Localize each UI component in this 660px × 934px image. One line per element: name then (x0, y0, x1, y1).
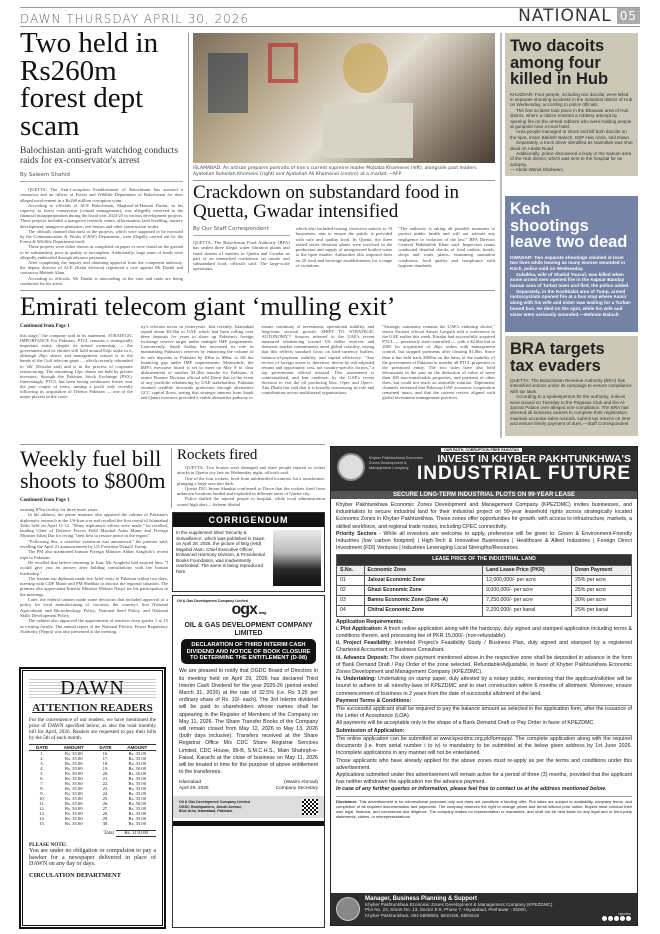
article-body: existing $7bn facility for three more ye… (20, 507, 168, 634)
portrait-photo (273, 530, 321, 586)
headline: Emirati telecom giant ‘mulling exit’ (20, 294, 495, 320)
news-photo (193, 33, 495, 163)
requirement-item: ii. Project Feasibility: Intended Projec… (336, 640, 632, 654)
ogdc-body: We are pleased to notify that OGDC Board… (173, 666, 324, 778)
section-rule (20, 444, 325, 445)
social-icons[interactable]: kpezdmc (602, 912, 631, 921)
dateline: DAWN THURSDAY APRIL 30, 2026 (20, 12, 249, 26)
twitter-icon[interactable] (608, 916, 613, 921)
headline: Weekly fuel bill shoots to $800m (20, 448, 168, 492)
box-divider (500, 33, 502, 438)
notice-note: You are under no obligation or compulsio… (29, 848, 156, 868)
ogdc-footer: Oil & Gas Development Company Limited OG… (173, 796, 324, 818)
continued-label: Continued from Page 1 (20, 498, 168, 503)
photo-caption: ISLAMABAD: An artisan prepares portraits… (193, 166, 495, 177)
photo-portrait (323, 103, 413, 158)
requirement-item: i. Plot Application: A fresh online appl… (336, 626, 632, 640)
dawn-attention-notice: DAWN ATTENTION READERS For the convenien… (20, 668, 165, 928)
byline: By Our Staff Correspondent (193, 226, 290, 236)
requirement-item: iv. Undertaking: Undertaking on stamp pa… (336, 676, 632, 698)
kp-industrial-ad: Khyber Pakhtunkhwa Economic Zones Develo… (330, 446, 638, 926)
lease-row: 04Chitral Economic Zone2,200,000/- per k… (337, 606, 632, 616)
story-telecom: Emirati telecom giant ‘mulling exit’ Con… (20, 294, 495, 400)
photo-frame-red (268, 43, 298, 83)
ogdc-title: OIL & GAS DEVELOPMENT COMPANY LIMITED (173, 622, 324, 637)
corrigendum-title: CORRIGENDUM (173, 513, 324, 527)
lease-rows: 01Jalozai Economic Zone12,000,000/- per … (337, 575, 632, 616)
section-rule (20, 290, 495, 291)
story-food: Crackdown on substandard food in Quetta,… (193, 183, 495, 272)
lease-row: 01Jalozai Economic Zone12,000,000/- per … (337, 575, 632, 585)
headline: Kech shootings leave two dead (510, 201, 633, 251)
price-rows: 1.Rs. 35.0016.Rs. 35.002.Rs. 35.0017.Rs.… (29, 751, 156, 827)
kp-title2: INDUSTRIAL FUTURE (417, 463, 631, 485)
kp-emblem-icon (337, 453, 365, 481)
notice-title: ATTENTION READERS (29, 702, 156, 714)
requirements-list: i. Plot Application: A fresh online appl… (336, 626, 632, 698)
continued-label: Continued from Page 1 (20, 324, 133, 329)
story-fuel: Weekly fuel bill shoots to $800m Continu… (20, 448, 168, 634)
qr-code-icon[interactable] (302, 799, 318, 815)
kp-footer: Manager, Business Planning & Support Khy… (331, 893, 637, 925)
section-name: NATIONAL (518, 6, 612, 26)
kp-slogan: OUR FAITH, CORRUPTION FREE PAKISTAN (441, 448, 522, 452)
photo-fan (343, 43, 388, 93)
column-rule (171, 448, 172, 508)
ogdc-footer-bar (173, 821, 324, 826)
youtube-icon[interactable] (626, 916, 631, 921)
article-columns: By Our Staff Correspondent QUETTA: The B… (193, 226, 495, 272)
facebook-icon[interactable] (602, 916, 607, 921)
requirement-item: iii. Advance Deposit: The down payment m… (336, 655, 632, 677)
dawn-logo: DAWN (29, 677, 156, 700)
corrigendum-text: In the supplement titled 'Security & Sur… (176, 530, 269, 586)
byline: By Saleem Shahid (20, 172, 183, 182)
ogdc-banner: DECLARATION OF THIRD INTERIM CASH DIVIDE… (181, 639, 316, 664)
total-row: Total Rs. 1110.00 (29, 831, 156, 836)
page-number: 05 (617, 8, 640, 24)
notice-footer: CIRCULATION DEPARTMENT (29, 872, 156, 879)
caption-rule (193, 180, 495, 181)
section-label: NATIONAL05 (518, 6, 640, 26)
subhead: Balochistan anti-graft watchdog conducts… (20, 146, 183, 166)
article-columns: Continued from Page 1 this stage," the c… (20, 324, 495, 400)
article-body: QUETTA: The Anti-Corruption Establishmen… (20, 187, 183, 286)
linkedin-icon[interactable] (620, 916, 625, 921)
headline: BRA targets tax evaders (510, 341, 633, 374)
kp-footer-emblem-icon (336, 897, 360, 921)
notice-intro: For the convenience of our readers, we h… (29, 717, 156, 741)
ogdc-logo: ogxthe energy (173, 601, 324, 619)
lease-row: 02Ghazi Economic Zone9,000,000/- per acr… (337, 586, 632, 596)
column-rule (188, 33, 189, 273)
story-forest: Two held in Rs260m forest dept scam Balo… (20, 30, 183, 286)
box-hub: Two dacoits among four killed in Hub KHU… (505, 33, 638, 176)
disclaimer: Disclaimer: This advertisement is for in… (336, 796, 632, 819)
lease-price-table: LEASE PRICE OF THE INDUSTRIAL LAND S.No.… (336, 554, 632, 616)
headline: Two held in Rs260m forest dept scam (20, 30, 183, 140)
kp-body: Khyber Pakhtunkhwa Economic Zones Develo… (331, 499, 637, 822)
lease-row: 03Bannu Economic Zone (Zone -A)7,250,000… (337, 596, 632, 606)
ogdc-ad: Oil & Gas Development Company Limited og… (172, 595, 325, 928)
headline: Rockets fired (177, 448, 325, 462)
price-row: 15.Rs. 35.0030.Rs. 35.00 (29, 821, 156, 826)
kp-header: Khyber Pakhtunkhwa Economic Zones Develo… (331, 447, 637, 491)
headline: Crackdown on substandard food in Quetta,… (193, 183, 495, 221)
kp-banner: SECURE LONG-TERM INDUSTRIAL PLOTS ON 99-… (331, 491, 637, 499)
corrigendum-box: CORRIGENDUM In the supplement titled 'Se… (172, 512, 325, 592)
box-bra: BRA targets tax evaders QUETTA: The Balo… (505, 336, 638, 436)
instagram-icon[interactable] (614, 916, 619, 921)
photo-frame-shape (208, 53, 248, 113)
headline: Two dacoits among four killed in Hub (510, 38, 633, 88)
box-kech: Kech shootings leave two dead GWADAR: Tw… (505, 196, 638, 332)
story-rockets: Rockets fired QUETTA: Two houses were da… (177, 448, 325, 507)
price-table: DATE AMOUNT DATE AMOUNT 1.Rs. 35.0016.Rs… (29, 744, 156, 826)
